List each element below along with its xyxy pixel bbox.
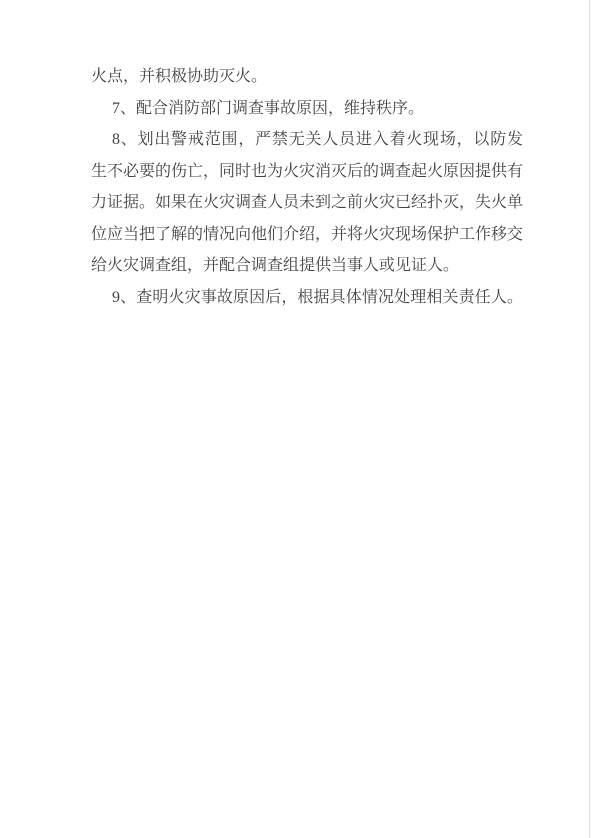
document-line: 9、查明火灾事故原因后，根据具体情况处理相关责任人。: [91, 282, 523, 314]
document-line: 给火灾调查组，并配合调查组提供当事人或见证人。: [91, 250, 523, 282]
document-line: 位应当把了解的情况向他们介绍，并将火灾现场保护工作移交: [91, 219, 523, 251]
document-text-block: 火点，并积极协助灭火。 7、配合消防部门调查事故原因，维持秩序。 8、划出警戒范…: [91, 61, 523, 313]
document-line: 7、配合消防部门调查事故原因，维持秩序。: [91, 93, 523, 125]
document-line: 生不必要的伤亡，同时也为火灾消灭后的调查起火原因提供有: [91, 156, 523, 188]
document-line: 火点，并积极协助灭火。: [91, 61, 523, 93]
document-line: 力证据。如果在火灾调查人员未到之前火灾已经扑灭，失火单: [91, 187, 523, 219]
page-edge-line: [589, 0, 590, 838]
document-line: 8、划出警戒范围，严禁无关人员进入着火现场，以防发: [91, 124, 523, 156]
document-page: 火点，并积极协助灭火。 7、配合消防部门调查事故原因，维持秩序。 8、划出警戒范…: [0, 0, 594, 838]
